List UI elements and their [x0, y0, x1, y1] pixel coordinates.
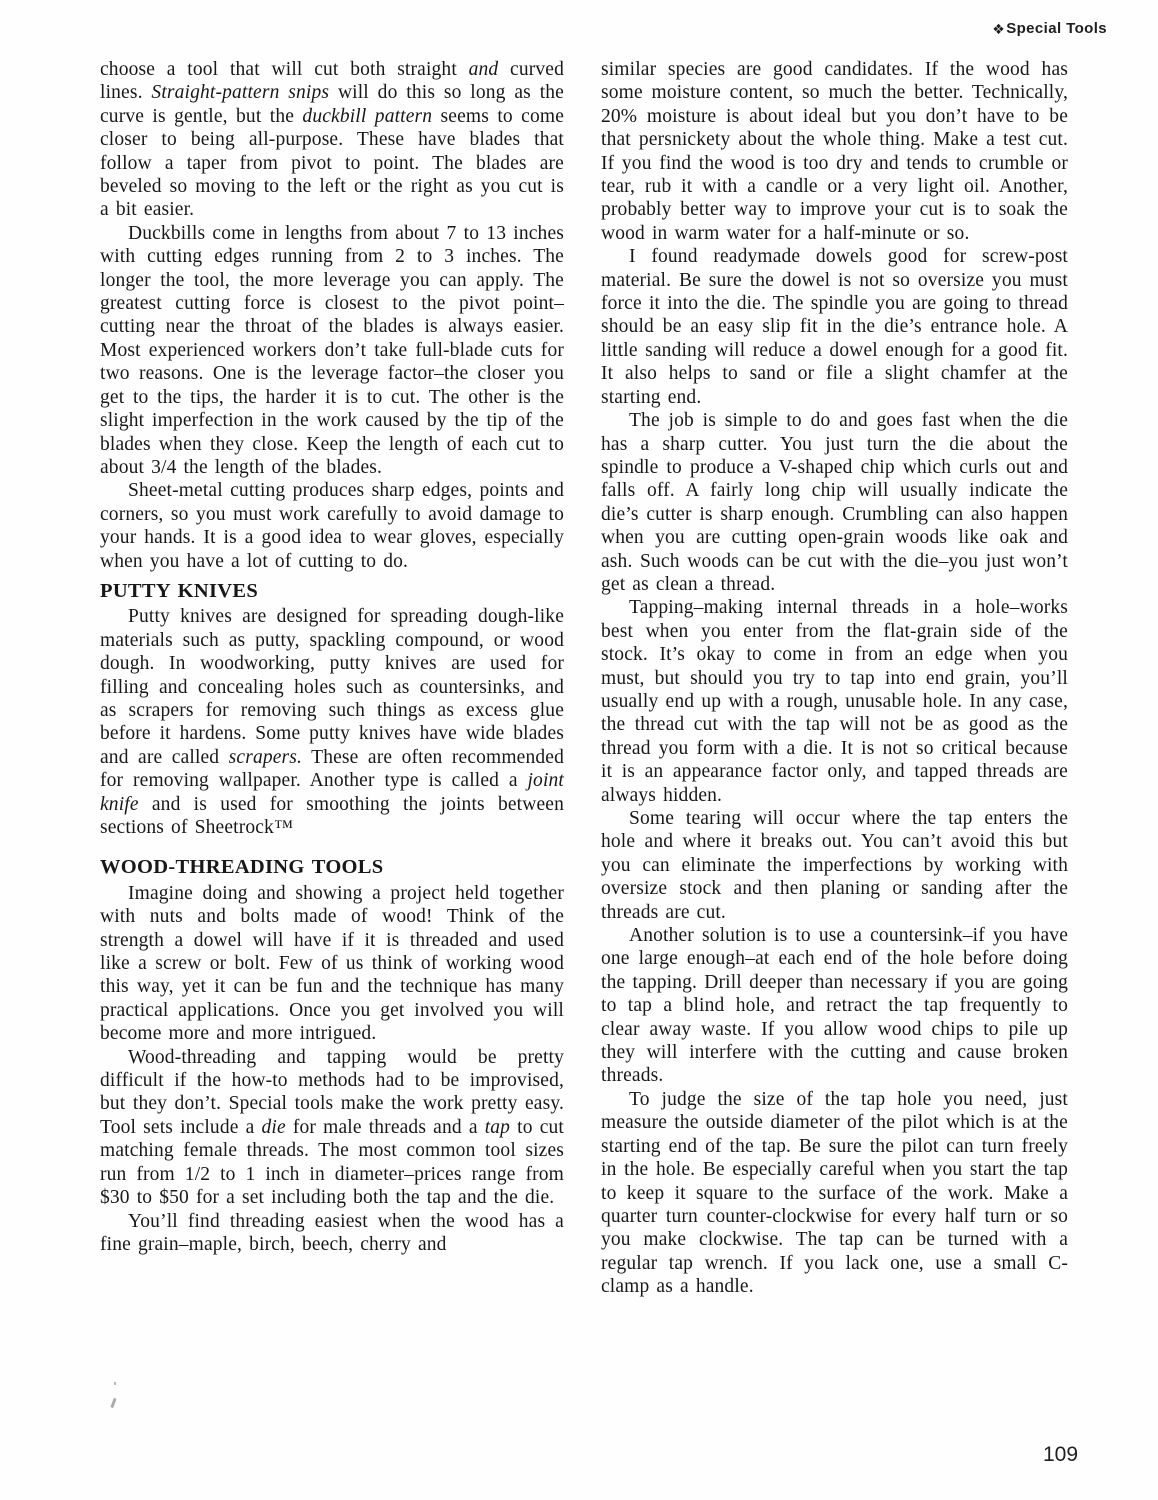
paragraph: Sheet-metal cutting produces sharp edges… [100, 479, 564, 573]
paragraph: Tapping–making internal threads in a hol… [601, 596, 1068, 807]
running-head: ❖ Special Tools [992, 20, 1107, 37]
text-run: Some tearing will occur where the tap en… [601, 808, 1068, 923]
left-text-column: choose a tool that will cut both straigh… [100, 58, 564, 1256]
text-run: for male threads and a [286, 1117, 485, 1138]
section-heading: WOOD-THREADING TOOLS [100, 856, 564, 879]
paragraph: Some tearing will occur where the tap en… [601, 807, 1068, 924]
text-run: choose a tool that will cut both straigh… [100, 59, 469, 80]
running-head-title: Special Tools [1006, 20, 1107, 37]
italic-text: duckbill pattern [302, 106, 432, 127]
book-page: ❖ Special Tools choose a tool that will … [0, 0, 1158, 1500]
text-run: and is used for smoothing the joints bet… [100, 794, 564, 838]
scan-artifact [110, 1382, 124, 1414]
text-run: You’ll find threading easiest when the w… [100, 1211, 564, 1255]
text-run: Duckbills come in lengths from about 7 t… [100, 223, 564, 478]
paragraph: choose a tool that will cut both straigh… [100, 58, 564, 222]
text-run: Imagine doing and showing a project held… [100, 883, 564, 1044]
text-run: similar species are good candidates. If … [601, 59, 1068, 244]
paragraph: I found readymade dowels good for screw-… [601, 245, 1068, 409]
text-run: I found readymade dowels good for screw-… [601, 246, 1068, 407]
italic-text: tap [485, 1117, 510, 1138]
paragraph: Wood-threading and tapping would be pret… [100, 1046, 564, 1210]
paragraph: Imagine doing and showing a project held… [100, 882, 564, 1046]
text-run: Putty knives are designed for spreading … [100, 606, 564, 767]
paragraph: The job is simple to do and goes fast wh… [601, 409, 1068, 596]
paragraph: Putty knives are designed for spreading … [100, 605, 564, 839]
text-run: The job is simple to do and goes fast wh… [601, 410, 1068, 595]
text-run: Tapping–making internal threads in a hol… [601, 597, 1068, 805]
italic-text: scrapers. [229, 747, 302, 768]
paragraph: Another solution is to use a countersink… [601, 924, 1068, 1088]
italic-text: Straight-pattern snips [151, 82, 329, 103]
text-run: To judge the size of the tap hole you ne… [601, 1089, 1068, 1297]
paragraph: You’ll find threading easiest when the w… [100, 1210, 564, 1257]
page-number: 109 [1043, 1443, 1078, 1467]
italic-text: and [469, 59, 499, 80]
paragraph: To judge the size of the tap hole you ne… [601, 1088, 1068, 1299]
section-marker-icon: ❖ [992, 22, 1005, 36]
section-heading: PUTTY KNIVES [100, 580, 564, 603]
text-run: Another solution is to use a countersink… [601, 925, 1068, 1086]
paragraph: Duckbills come in lengths from about 7 t… [100, 222, 564, 479]
text-run: Sheet-metal cutting produces sharp edges… [100, 480, 564, 571]
italic-text: die [262, 1117, 286, 1138]
paragraph: similar species are good candidates. If … [601, 58, 1068, 245]
right-text-column: similar species are good candidates. If … [601, 58, 1068, 1299]
